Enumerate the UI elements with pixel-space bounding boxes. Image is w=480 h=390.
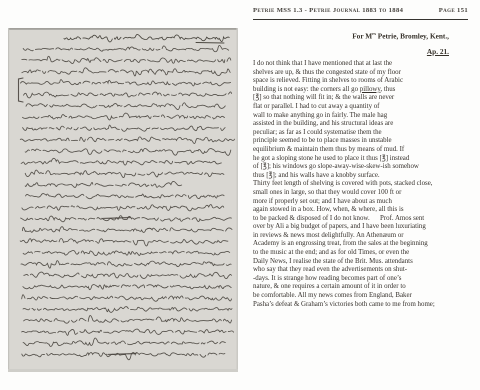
transcription-line: he got a sloping stone he used to place … bbox=[253, 155, 471, 164]
addressee-rest: Petrie, Bromley, Kent., bbox=[376, 31, 449, 40]
transcription-line: Pasha’s defeat & Graham’s victories both… bbox=[253, 301, 471, 310]
transcription-line: Thirty feet length of shelving is covere… bbox=[253, 180, 471, 189]
transcription-line: space is relieved. Fitting in shelves to… bbox=[253, 77, 471, 86]
letter-body: I do not think that I have mentioned tha… bbox=[253, 60, 471, 309]
transcription-line: equilibrium & maintain them thus by mean… bbox=[253, 146, 471, 155]
header-page-number: Page 151 bbox=[439, 7, 468, 14]
transcription-line: shelves are up, & thus the congested sta… bbox=[253, 69, 471, 78]
transcription-line: to be packed & disposed of I do not know… bbox=[253, 215, 471, 224]
transcription-line: Academy is an engrossing treat, from the… bbox=[253, 240, 471, 249]
transcription-line: be comfortable. All my news comes from E… bbox=[253, 292, 471, 301]
transcription-line: who say that they read even the advertis… bbox=[253, 266, 471, 275]
transcription-line: [℥] so that nothing will fit in; & the w… bbox=[253, 94, 471, 103]
transcription-line: assisted in the building, and his struct… bbox=[253, 120, 471, 129]
transcription-line: -days. It is strange how reading becomes… bbox=[253, 275, 471, 284]
journal-page: Petrie MSS 1.3 - Petrie Journal 1883 to … bbox=[0, 0, 480, 390]
date-text: Ap. 21. bbox=[427, 47, 449, 56]
transcription-line: over by Ali a big budget of papers, and … bbox=[253, 223, 471, 232]
date-line: Ap. 21. bbox=[253, 47, 449, 56]
transcription-line: principle seemed to be to place masses i… bbox=[253, 137, 471, 146]
handwriting-facsimile bbox=[8, 28, 238, 372]
transcription-line: small ones in large, so that they would … bbox=[253, 189, 471, 198]
transcription-line: more if properly set out; and I have abo… bbox=[253, 198, 471, 207]
transcription-line: flat or parallel. I had to cut away a qu… bbox=[253, 103, 471, 112]
addressee-prefix: For M bbox=[352, 31, 372, 40]
running-header: Petrie MSS 1.3 - Petrie Journal 1883 to … bbox=[253, 7, 468, 14]
header-title: Petrie MSS 1.3 - Petrie Journal 1883 to … bbox=[253, 7, 403, 14]
transcription-line: to the music at the end; and as for old … bbox=[253, 249, 471, 258]
transcription-line: peculiar; as far as I could systematise … bbox=[253, 129, 471, 138]
transcription-line: in reviews & news most delightfully. An … bbox=[253, 232, 471, 241]
transcription-line: nature, & one requires a certain amount … bbox=[253, 283, 471, 292]
addressee-line: For Mrs Petrie, Bromley, Kent., bbox=[253, 31, 449, 40]
transcription-line: I do not think that I have mentioned tha… bbox=[253, 60, 471, 69]
transcription-line: again stowed in a box. How, when, & wher… bbox=[253, 206, 471, 215]
manuscript-scan-image bbox=[8, 28, 238, 372]
header-rule bbox=[253, 19, 468, 20]
transcription-line: of [℥]; his windows go slope-away-wise-s… bbox=[253, 163, 471, 172]
transcription-line: Daily News, I realise the state of the B… bbox=[253, 258, 471, 267]
transcription-line: thus [℥]; and his walls have a knobby su… bbox=[253, 172, 471, 181]
transcription-line: wall to make anything go in fairly. The … bbox=[253, 112, 471, 121]
